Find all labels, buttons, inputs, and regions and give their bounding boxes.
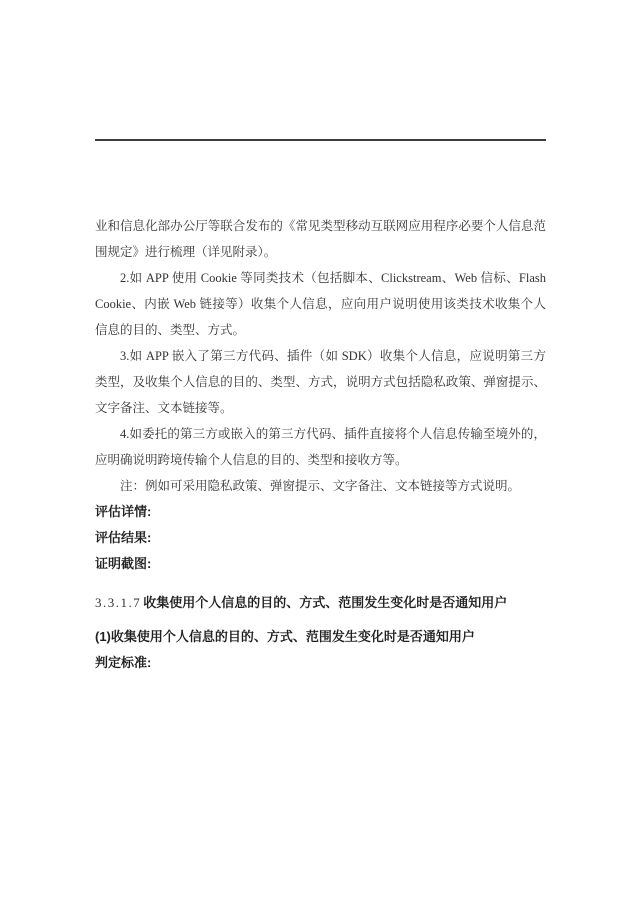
numbered-item-2: 2.如 APP 使用 Cookie 等同类技术（包括脚本、Clickstream… — [95, 265, 546, 343]
document-content: 业和信息化部办公厅等联合发布的《常见类型移动互联网应用程序必要个人信息范围规定》… — [95, 213, 546, 676]
numbered-item-4: 4.如委托的第三方或嵌入的第三方代码、插件直接将个人信息传输至境外的，应明确说明… — [95, 421, 546, 473]
section-heading: 3.3.1.7收集使用个人信息的目的、方式、范围发生变化时是否通知用户 — [95, 590, 546, 616]
note-paragraph: 注：例如可采用隐私政策、弹窗提示、文字备注、文本链接等方式说明。 — [95, 473, 546, 499]
numbered-item-3: 3.如 APP 嵌入了第三方代码、插件（如 SDK）收集个人信息，应说明第三方类… — [95, 343, 546, 421]
section-number: 3.3.1.7 — [95, 595, 141, 610]
paragraph-continuation: 业和信息化部办公厅等联合发布的《常见类型移动互联网应用程序必要个人信息范围规定》… — [95, 213, 546, 265]
header-separator-rule — [95, 139, 546, 141]
document-page: 业和信息化部办公厅等联合发布的《常见类型移动互联网应用程序必要个人信息范围规定》… — [0, 0, 640, 906]
label-eval-detail: 评估详情: — [95, 499, 546, 525]
label-proof-screenshot: 证明截图: — [95, 551, 546, 577]
criteria-label: 判定标准: — [95, 650, 546, 676]
subsection-heading: (1)收集使用个人信息的目的、方式、范围发生变化时是否通知用户 — [95, 624, 546, 650]
section-title: 收集使用个人信息的目的、方式、范围发生变化时是否通知用户 — [143, 595, 507, 610]
label-eval-result: 评估结果: — [95, 525, 546, 551]
